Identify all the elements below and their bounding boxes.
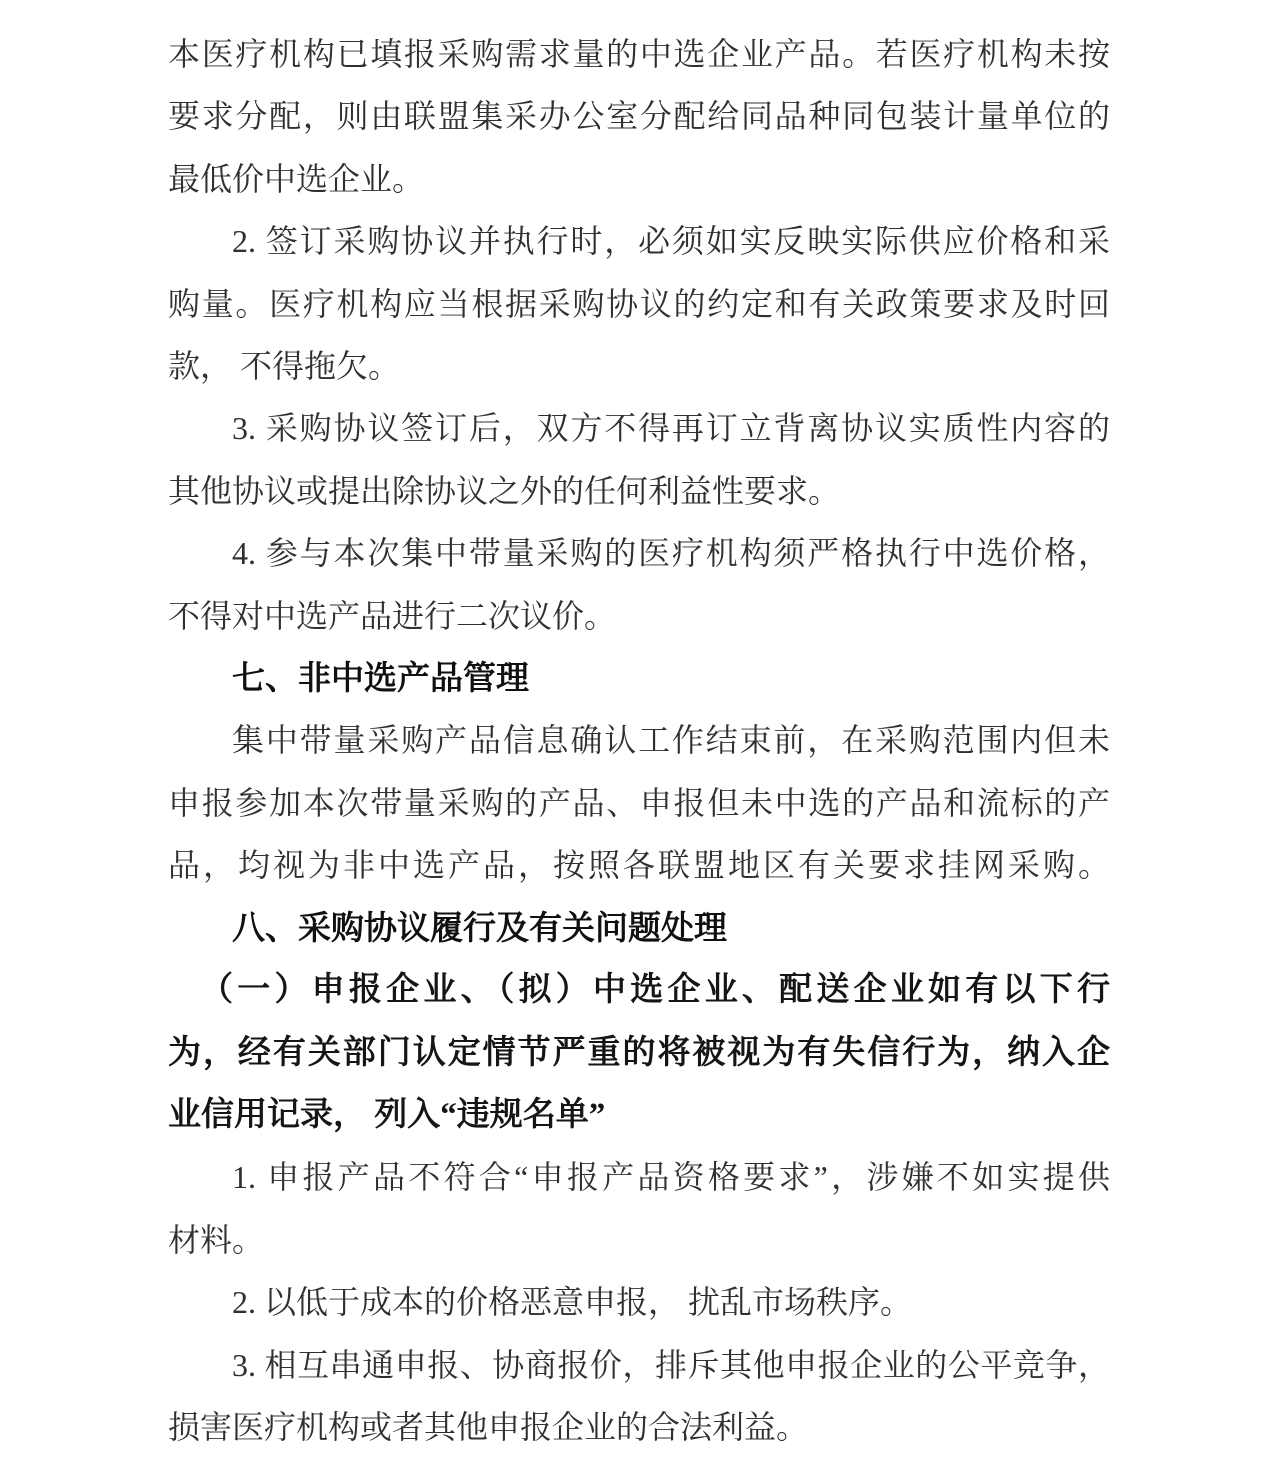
- text-line: 集中带量采购产品信息确认工作结束前，在采购范围内但未: [168, 709, 1110, 771]
- section-heading: 七、非中选产品管理: [168, 647, 1110, 709]
- text-line: 款， 不得拖欠。: [168, 335, 1110, 397]
- text-line: 要求分配，则由联盟集采办公室分配给同品种同包装计量单位的: [168, 85, 1110, 147]
- text-line: 4. 参与本次集中带量采购的医疗机构须严格执行中选价格，: [168, 522, 1110, 584]
- text-line: 2. 签订采购协议并执行时，必须如实反映实际供应价格和采: [168, 210, 1110, 272]
- text-line: 购量。医疗机构应当根据采购协议的约定和有关政策要求及时回: [168, 273, 1110, 335]
- text-line: 本医疗机构已填报采购需求量的中选企业产品。若医疗机构未按: [168, 23, 1110, 85]
- text-line: 3. 采购协议签订后，双方不得再订立背离协议实质性内容的: [168, 397, 1110, 459]
- text-line: 不得对中选产品进行二次议价。: [168, 585, 1110, 647]
- text-line: 为，经有关部门认定情节严重的将被视为有失信行为，纳入企: [168, 1022, 1110, 1084]
- text-line: 损害医疗机构或者其他申报企业的合法利益。: [168, 1396, 1110, 1458]
- text-line: 品，均视为非中选产品，按照各联盟地区有关要求挂网采购。: [168, 834, 1110, 896]
- document-body: 本医疗机构已填报采购需求量的中选企业产品。若医疗机构未按要求分配，则由联盟集采办…: [168, 23, 1110, 1458]
- text-line: 申报参加本次带量采购的产品、申报但未中选的产品和流标的产: [168, 772, 1110, 834]
- text-line: 材料。: [168, 1209, 1110, 1271]
- text-line: 3. 相互串通申报、协商报价，排斥其他申报企业的公平竞争，: [168, 1334, 1110, 1396]
- text-line: 业信用记录， 列入“违规名单”: [168, 1084, 1110, 1146]
- document-page: 本医疗机构已填报采购需求量的中选企业产品。若医疗机构未按要求分配，则由联盟集采办…: [0, 0, 1280, 1460]
- text-line: （一）申报企业、（拟）中选企业、配送企业如有以下行: [168, 959, 1110, 1021]
- text-line: 其他协议或提出除协议之外的任何利益性要求。: [168, 460, 1110, 522]
- section-heading: 八、采购协议履行及有关问题处理: [168, 897, 1110, 959]
- text-line: 1. 申报产品不符合“申报产品资格要求”，涉嫌不如实提供: [168, 1146, 1110, 1208]
- text-line: 2. 以低于成本的价格恶意申报， 扰乱市场秩序。: [168, 1271, 1110, 1333]
- text-line: 最低价中选企业。: [168, 148, 1110, 210]
